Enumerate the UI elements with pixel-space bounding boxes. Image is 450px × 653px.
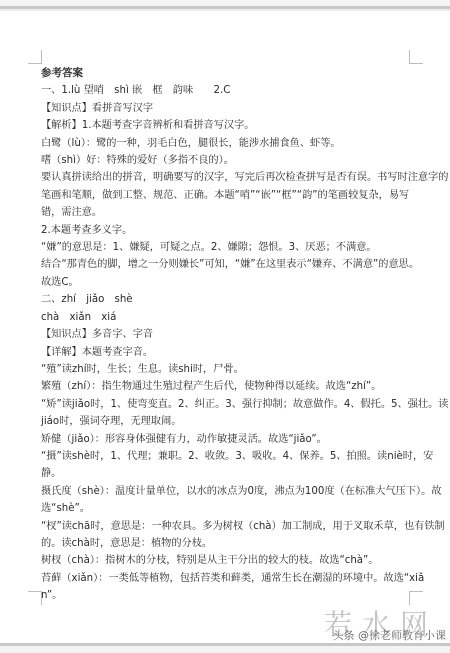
margin-corner-top-left xyxy=(28,50,42,64)
text-line: 2.本题考查多义字。 xyxy=(41,222,413,239)
text-line: “摄”读shè时，1、代理；兼职。2、收敛。3、吸收。4、保养。5、拍照。读ni… xyxy=(41,448,413,465)
text-line: “杈”读chā时，意思是：一种农具。多为树杈（chà）加工制成，用于叉取禾草，也… xyxy=(41,518,413,535)
text-line: 矫健（jiǎo）：形容身体强健有力，动作敏捷灵活。故选“jiǎo”。 xyxy=(41,431,413,448)
answer-line: 二、zhí jiǎo shè xyxy=(41,291,413,308)
analysis-line: 【解析】1.本题考查字音辨析和看拼音写汉字。 xyxy=(41,117,413,134)
text-line: 要认真拼读给出的拼音，明确要写的汉字，写完后再次检查拼写是否有误。书写时注意字的 xyxy=(41,169,413,186)
knowledge-point: 【知识点】看拼音写汉字 xyxy=(41,100,413,117)
text-line: “嫌”的意思是：1、嫌疑，可疑之点。2、嫌隙；怨恨。3、厌恶；不满意。 xyxy=(41,239,413,256)
answer-line: chà xiǎn xiá xyxy=(41,309,413,326)
text-line: 故选C。 xyxy=(41,274,413,291)
text-line: 树杈（chà）：指树木的分枝，特别是从主干分出的较大的枝。故选“chà”。 xyxy=(41,552,413,569)
text-line: 繁殖（zhí）：指生物通过生殖过程产生后代，使物种得以延续。故选“zhí”。 xyxy=(41,378,413,395)
text-line: 摄氏度（shè）：温度计量单位，以水的冰点为0度，沸点为100度（在标准大气压下… xyxy=(41,483,413,500)
text-line: 苔藓（xiǎn）：一类低等植物，包括苔类和藓类，通常生长在潮湿的环境中。故选“x… xyxy=(41,570,413,587)
document-body: 参考答案 一、1.lù 望哨 shì 嵌 框 韵味 2.C 【知识点】看拼音写汉… xyxy=(41,65,413,605)
margin-corner-top-right xyxy=(409,50,423,64)
text-line: 结合“那青色的脚，增之一分则嫌长”可知，“嫌”在这里表示“嫌弃、不满意”的意思。 xyxy=(41,256,413,273)
margin-corner-bottom-left xyxy=(28,591,42,605)
analysis-line: 【详解】本题考查字音。 xyxy=(41,344,413,361)
document-title: 参考答案 xyxy=(41,65,413,82)
watermark-credit: 头条 @徐老师教育小课 xyxy=(333,627,447,643)
text-line: 选“shè”。 xyxy=(41,500,413,517)
text-line: 笔画和笔顺，做到工整、规范、正确。本题“哨”“嵌”“框”“韵”的笔画较复杂，易写 xyxy=(41,187,413,204)
text-line: “殖”读zhí时，生长；生息。读shi时，尸骨。 xyxy=(41,361,413,378)
text-line: 静。 xyxy=(41,465,413,482)
knowledge-point: 【知识点】多音字、字音 xyxy=(41,326,413,343)
answer-line: 一、1.lù 望哨 shì 嵌 框 韵味 2.C xyxy=(41,82,413,99)
watermark: 若水网 头条 @徐老师教育小课 xyxy=(300,603,450,648)
text-line: 嗜（shì）好：特殊的爱好（多指不良的）。 xyxy=(41,152,413,169)
text-line: “矫”读jiǎo时，1、使弯变直。2、纠正。3、强行抑制；故意做作。4、假托。5… xyxy=(41,396,413,413)
text-line: jiáo时，强词夺理，无理取闹。 xyxy=(41,413,413,430)
text-line: 白鹭（lù）：鹭的一种，羽毛白色，腿很长，能涉水捕食鱼、虾等。 xyxy=(41,135,413,152)
page-top-shadow xyxy=(0,9,450,11)
text-line: 的。读chà时，意思是：植物的分枝。 xyxy=(41,535,413,552)
text-line: 错，需注意。 xyxy=(41,204,413,221)
text-line: n”。 xyxy=(41,587,413,604)
